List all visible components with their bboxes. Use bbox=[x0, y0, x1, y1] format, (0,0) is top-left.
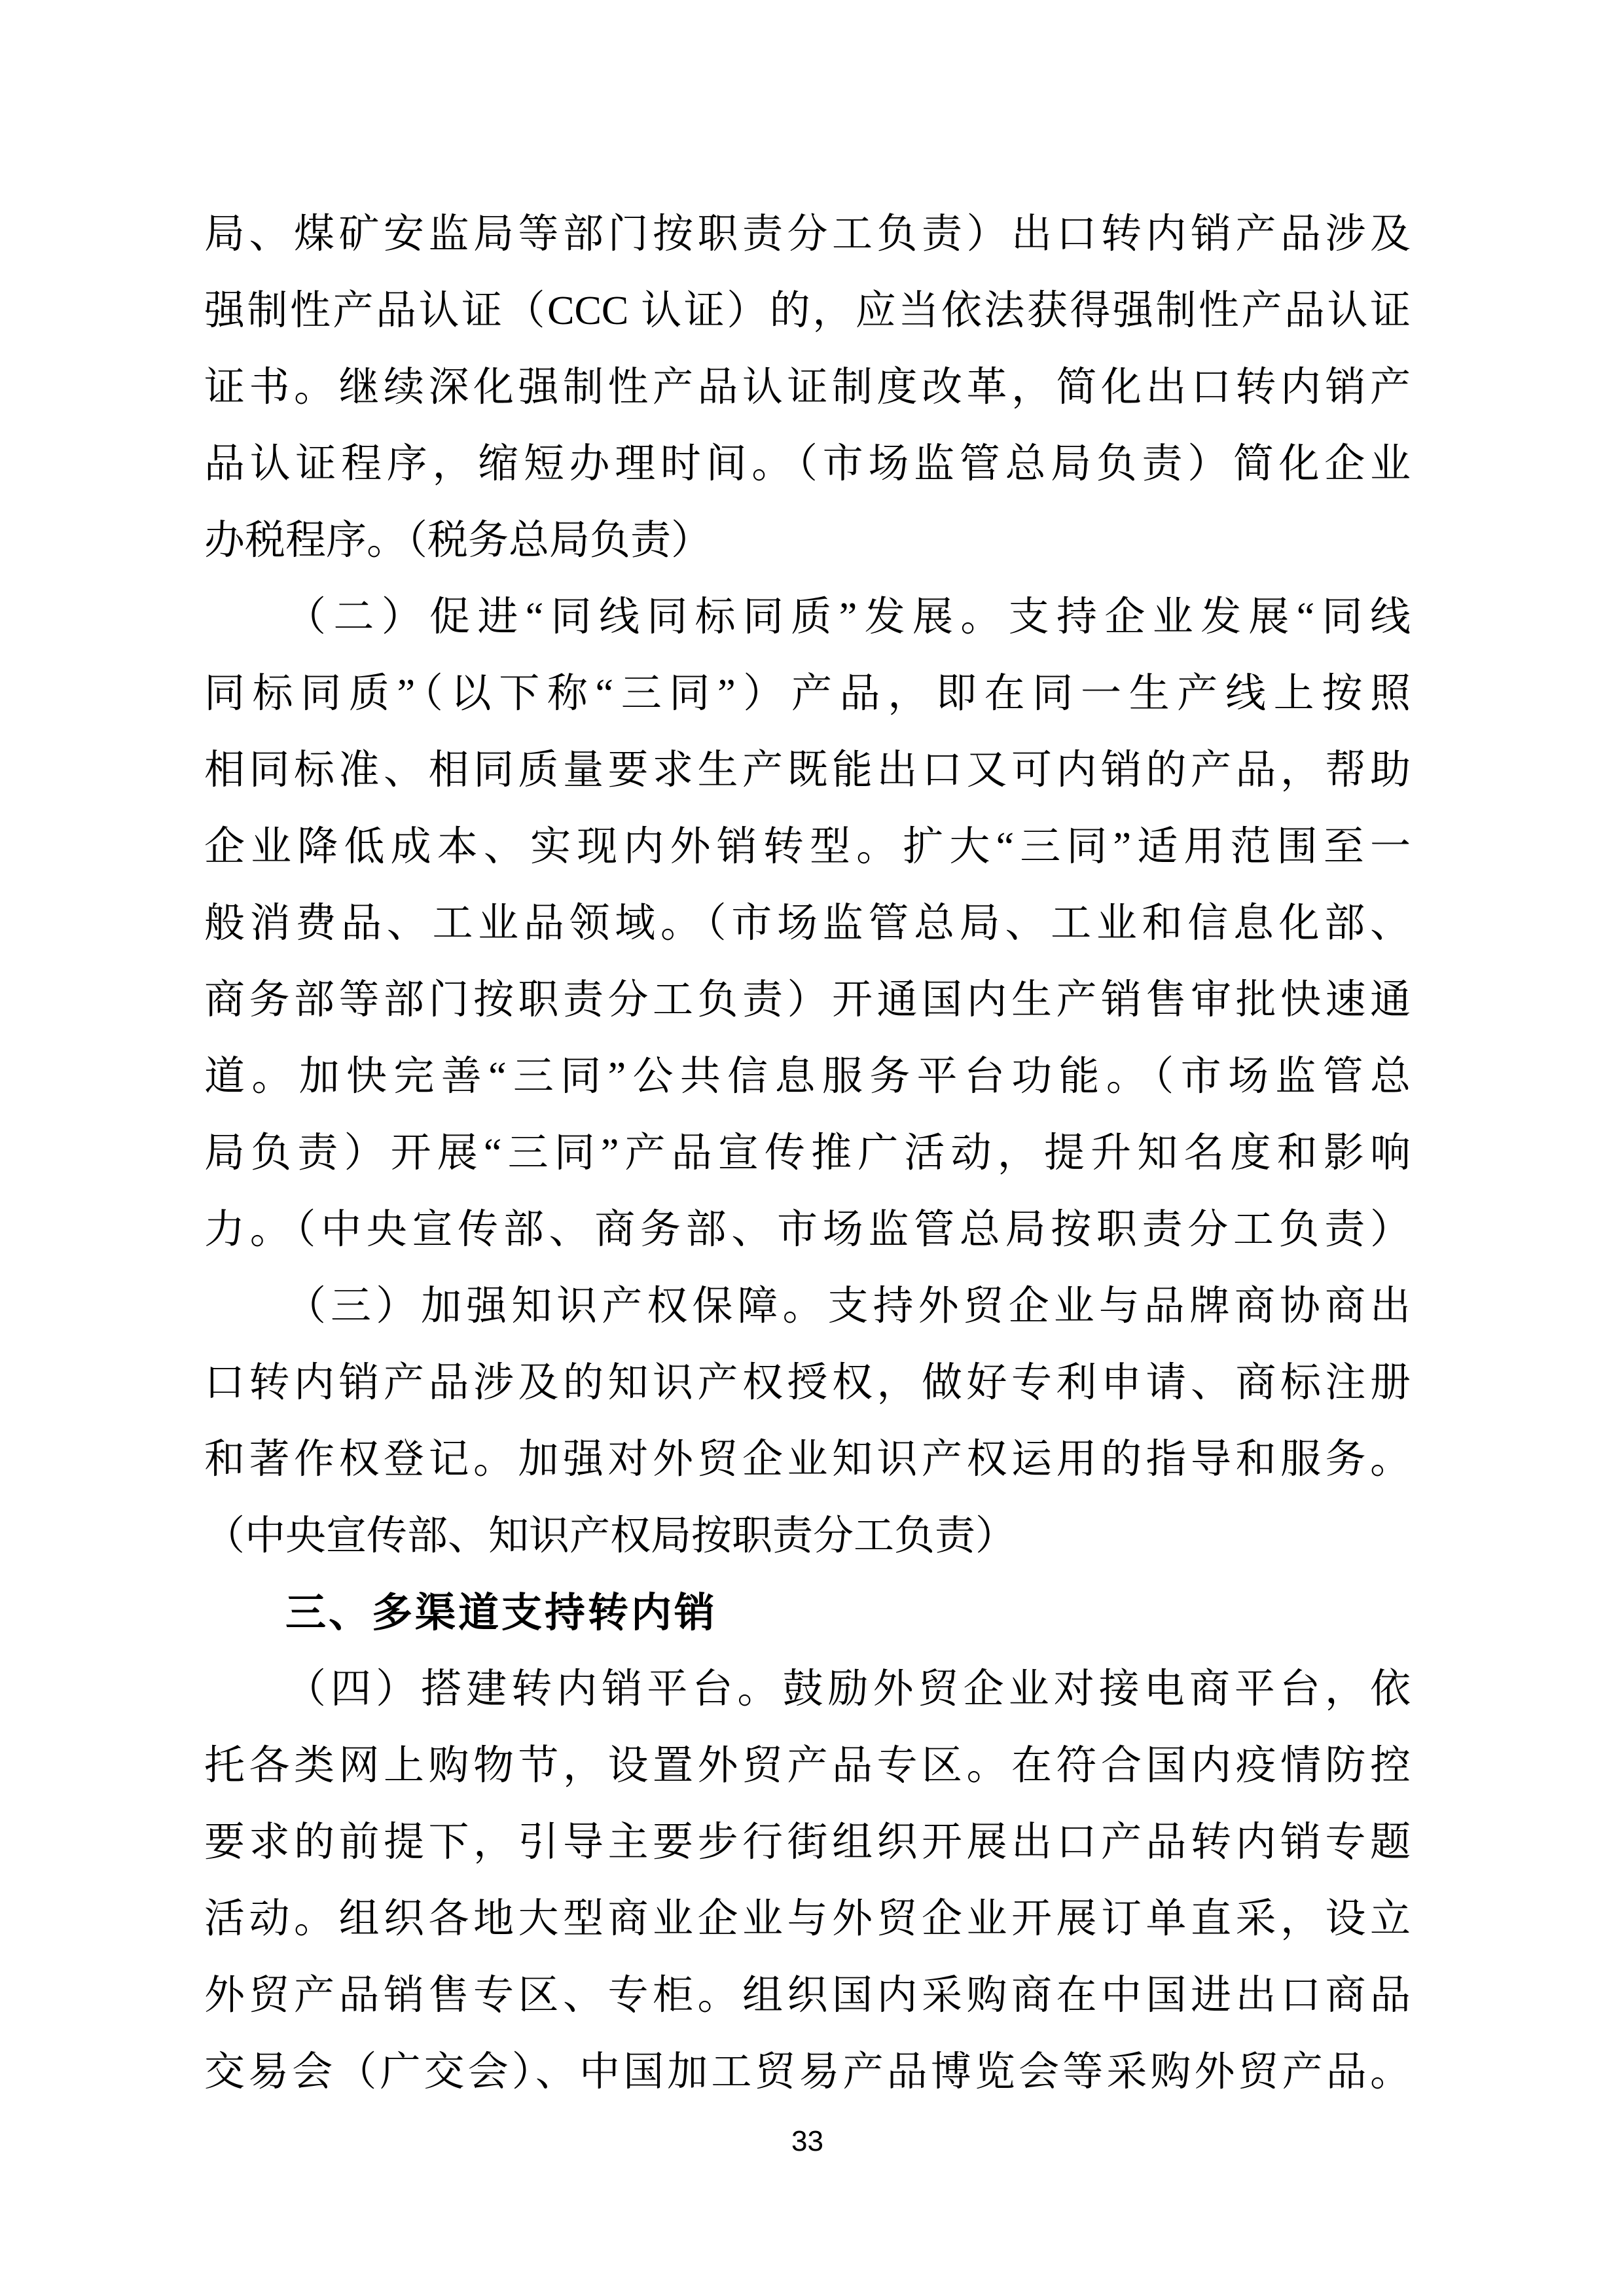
text-line: 般消费品、工业品领域。（市场监管总局、工业和信息化部、 bbox=[204, 886, 1411, 962]
page-number: 33 bbox=[204, 2126, 1411, 2157]
text-line: 活动。组织各地大型商业企业与外贸企业开展订单直采，设立 bbox=[204, 1881, 1411, 1958]
text-line: 口转内销产品涉及的知识产权授权，做好专利申请、商标注册 bbox=[204, 1345, 1411, 1422]
text-line: 外贸产品销售专区、专柜。组织国内采购商在中国进出口商品 bbox=[204, 1958, 1411, 2034]
text-line: （中央宣传部、知识产权局按职责分工负责） bbox=[204, 1498, 1411, 1575]
text-line: 相同标准、相同质量要求生产既能出口又可内销的产品，帮助 bbox=[204, 732, 1411, 809]
text-line: 证书。继续深化强制性产品认证制度改革，简化出口转内销产 bbox=[204, 350, 1411, 426]
document-page: 局、煤矿安监局等部门按职责分工负责）出口转内销产品涉及强制性产品认证（CCC 认… bbox=[0, 0, 1624, 2296]
text-line: 局、煤矿安监局等部门按职责分工负责）出口转内销产品涉及 bbox=[204, 196, 1411, 273]
text-line: 办税程序。（税务总局负责） bbox=[204, 503, 1411, 579]
section-heading-line: 三、多渠道支持转内销 bbox=[204, 1575, 1411, 1651]
text-line: 商务部等部门按职责分工负责）开通国内生产销售审批快速通 bbox=[204, 962, 1411, 1039]
text-line: 企业降低成本、实现内外销转型。扩大“三同”适用范围至一 bbox=[204, 809, 1411, 886]
text-line: 力。（中央宣传部、商务部、市场监管总局按职责分工负责） bbox=[204, 1192, 1411, 1268]
text-line: 要求的前提下，引导主要步行街组织开展出口产品转内销专题 bbox=[204, 1804, 1411, 1881]
text-line: 托各类网上购物节，设置外贸产品专区。在符合国内疫情防控 bbox=[204, 1728, 1411, 1804]
text-line: 交易会（广交会）、中国加工贸易产品博览会等采购外贸产品。 bbox=[204, 2034, 1411, 2111]
text-line: （二）促进“同线同标同质”发展。支持企业发展“同线 bbox=[204, 579, 1411, 656]
text-line: 强制性产品认证（CCC 认证）的，应当依法获得强制性产品认证 bbox=[204, 273, 1411, 350]
text-line: 同标同质”（以下称“三同”）产品，即在同一生产线上按照 bbox=[204, 656, 1411, 732]
text-line: 道。加快完善“三同”公共信息服务平台功能。（市场监管总 bbox=[204, 1039, 1411, 1115]
text-line: （四）搭建转内销平台。鼓励外贸企业对接电商平台，依 bbox=[204, 1651, 1411, 1728]
text-line: 品认证程序，缩短办理时间。（市场监管总局负责）简化企业 bbox=[204, 426, 1411, 503]
text-block: 局、煤矿安监局等部门按职责分工负责）出口转内销产品涉及强制性产品认证（CCC 认… bbox=[204, 196, 1411, 2111]
text-line: 局负责）开展“三同”产品宣传推广活动，提升知名度和影响 bbox=[204, 1115, 1411, 1192]
text-line: （三）加强知识产权保障。支持外贸企业与品牌商协商出 bbox=[204, 1268, 1411, 1345]
text-line: 和著作权登记。加强对外贸企业知识产权运用的指导和服务。 bbox=[204, 1422, 1411, 1498]
